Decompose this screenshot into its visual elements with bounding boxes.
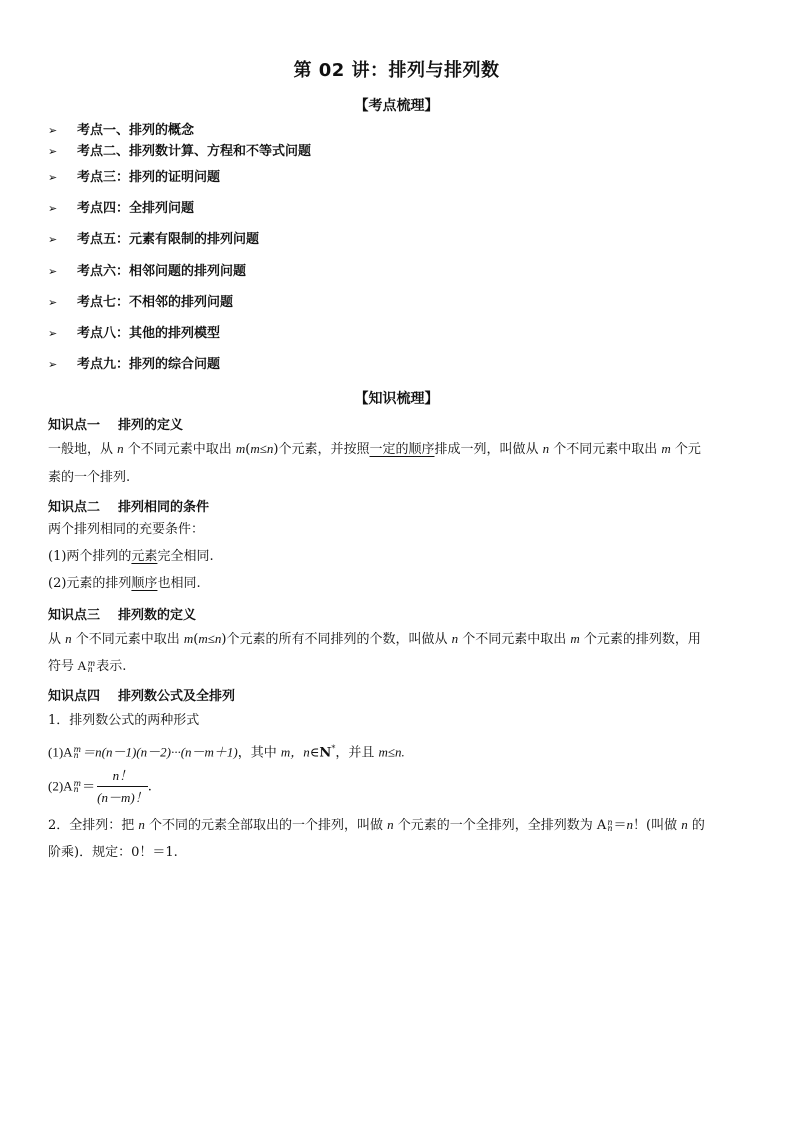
var: m	[184, 631, 193, 646]
kp-title: 排列相同的条件	[118, 500, 209, 515]
var: m	[661, 441, 670, 456]
kp-label: 知识点二	[48, 500, 100, 515]
text: 个不同元素中取出	[124, 442, 236, 457]
exam-point-label: 考点二、排列数计算、方程和不等式问题	[77, 144, 311, 159]
paragraph: 1．排列数公式的两种形式	[48, 713, 748, 729]
sup-sub: mn	[74, 781, 82, 793]
exam-point-item: ➢考点九：排列的综合问题	[48, 357, 220, 373]
paragraph: 2．全排列：把 n 个不同的元素全部取出的一个排列，叫做 n 个元素的一个全排列…	[48, 817, 748, 834]
knowledge-point-heading: 知识点三排列数的定义	[48, 604, 196, 623]
exam-point-label: 考点四：全排列问题	[77, 201, 194, 216]
numerator: n！	[97, 768, 148, 787]
formula-2: (2)Amn＝n！(n－m)！.	[48, 768, 748, 806]
text: (1)A	[48, 744, 73, 759]
text: 个不同的元素全部取出的一个排列，叫做	[145, 818, 387, 833]
paragraph: 素的一个排列.	[48, 470, 748, 486]
text: (1)两个排列的	[48, 549, 131, 564]
paragraph: 两个排列相同的充要条件：	[48, 522, 748, 538]
subscript: n	[607, 826, 612, 832]
text: 2．全排列：把	[48, 818, 138, 833]
text: 表示.	[96, 659, 126, 674]
text: ＝	[613, 818, 626, 833]
exam-point-item: ➢考点七：不相邻的排列问题	[48, 295, 233, 311]
exam-point-item: ➢考点六：相邻问题的排列问题	[48, 264, 246, 280]
text: )个元素，并按照	[273, 442, 369, 457]
arrow-bullet-icon: ➢	[48, 170, 77, 186]
denominator: (n－m)！	[97, 787, 148, 806]
text: ！(叫做	[633, 818, 681, 833]
exam-point-label: 考点六：相邻问题的排列问题	[77, 264, 246, 279]
text: 也相同.	[157, 576, 200, 591]
arrow-bullet-icon: ➢	[48, 201, 77, 217]
paragraph: (2)元素的排列顺序也相同.	[48, 576, 748, 592]
text: 排成一列，叫做从	[435, 442, 543, 457]
paragraph: 阶乘)．规定：0！＝1.	[48, 845, 748, 861]
var: m≤n.	[378, 744, 404, 759]
exam-point-item: ➢考点五：元素有限制的排列问题	[48, 232, 259, 248]
formula-1: (1)Amn＝n(n－1)(n－2)···(n－m＋1)，其中 m，n∈N*，并…	[48, 741, 748, 761]
kp-label: 知识点四	[48, 689, 100, 704]
paragraph: (1)两个排列的元素完全相同.	[48, 549, 748, 565]
text: 个不同元素中取出	[72, 632, 184, 647]
formula-expression: ＝n(n－1)(n－2)···(n－m＋1)	[82, 744, 238, 759]
var: m≤n	[250, 441, 273, 456]
text: 从	[48, 632, 65, 647]
exam-points-heading: 【考点梳理】	[0, 95, 793, 115]
knowledge-point-heading: 知识点一排列的定义	[48, 414, 183, 433]
text: .	[148, 780, 152, 795]
text: ，并且	[335, 745, 378, 760]
exam-point-label: 考点三：排列的证明问题	[77, 170, 220, 185]
text: 个元素的一个全排列，全排列数为 A	[394, 818, 607, 833]
knowledge-heading: 【知识梳理】	[0, 388, 793, 408]
text: 完全相同.	[157, 549, 213, 564]
underlined-term: 元素	[131, 549, 157, 564]
arrow-bullet-icon: ➢	[48, 144, 77, 160]
page-title: 第 02 讲：排列与排列数	[0, 56, 793, 82]
text: 个元	[671, 442, 701, 457]
knowledge-point-heading: 知识点四排列数公式及全排列	[48, 685, 235, 704]
text: (2)A	[48, 779, 73, 794]
text: ＝	[82, 780, 95, 795]
arrow-bullet-icon: ➢	[48, 295, 77, 311]
fraction: n！(n－m)！	[97, 768, 148, 806]
text: ，其中	[238, 745, 281, 760]
exam-point-label: 考点九：排列的综合问题	[77, 357, 220, 372]
paragraph: 一般地，从 n 个不同元素中取出 m(m≤n)个元素，并按照一定的顺序排成一列，…	[48, 441, 748, 458]
exam-point-item: ➢考点四：全排列问题	[48, 201, 194, 217]
exam-point-label: 考点七：不相邻的排列问题	[77, 295, 233, 310]
text: )个元素的所有不同排列的个数，叫做从	[221, 632, 451, 647]
text: (2)元素的排列	[48, 576, 131, 591]
arrow-bullet-icon: ➢	[48, 123, 77, 139]
exam-point-item: ➢考点八：其他的排列模型	[48, 326, 220, 342]
text: 个元素的排列数，用	[580, 632, 701, 647]
exam-point-label: 考点一、排列的概念	[77, 123, 194, 138]
text: 个不同元素中取出	[458, 632, 570, 647]
exam-point-label: 考点八：其他的排列模型	[77, 326, 220, 341]
sup-sub: mn	[88, 661, 96, 673]
kp-title: 排列的定义	[118, 418, 183, 433]
arrow-bullet-icon: ➢	[48, 326, 77, 342]
text: 一般地，从	[48, 442, 117, 457]
var: m	[236, 441, 245, 456]
text: ∈	[310, 745, 320, 760]
exam-point-item: ➢考点三：排列的证明问题	[48, 170, 220, 186]
naturals-symbol: N	[319, 745, 331, 760]
kp-label: 知识点一	[48, 418, 100, 433]
underlined-term: 顺序	[131, 576, 157, 591]
arrow-bullet-icon: ➢	[48, 357, 77, 373]
var: m，n	[281, 744, 310, 759]
var: m	[570, 631, 579, 646]
text: 的	[688, 818, 705, 833]
knowledge-point-heading: 知识点二排列相同的条件	[48, 496, 209, 515]
exam-point-label: 考点五：元素有限制的排列问题	[77, 232, 259, 247]
kp-title: 排列数公式及全排列	[118, 689, 235, 704]
var: m≤n	[198, 631, 221, 646]
exam-point-item: ➢考点一、排列的概念	[48, 123, 194, 139]
kp-title: 排列数的定义	[118, 608, 196, 623]
underlined-term: 一定的顺序	[369, 442, 434, 457]
paragraph: 符号 Amn表示.	[48, 658, 748, 675]
text: 个不同元素中取出	[549, 442, 661, 457]
text: 符号 A	[48, 658, 87, 673]
kp-label: 知识点三	[48, 608, 100, 623]
exam-point-item: ➢考点二、排列数计算、方程和不等式问题	[48, 144, 311, 160]
sup-sub: nn	[607, 820, 612, 832]
arrow-bullet-icon: ➢	[48, 264, 77, 280]
sup-sub: mn	[74, 747, 82, 759]
arrow-bullet-icon: ➢	[48, 232, 77, 248]
paragraph: 从 n 个不同元素中取出 m(m≤n)个元素的所有不同排列的个数，叫做从 n 个…	[48, 631, 748, 648]
